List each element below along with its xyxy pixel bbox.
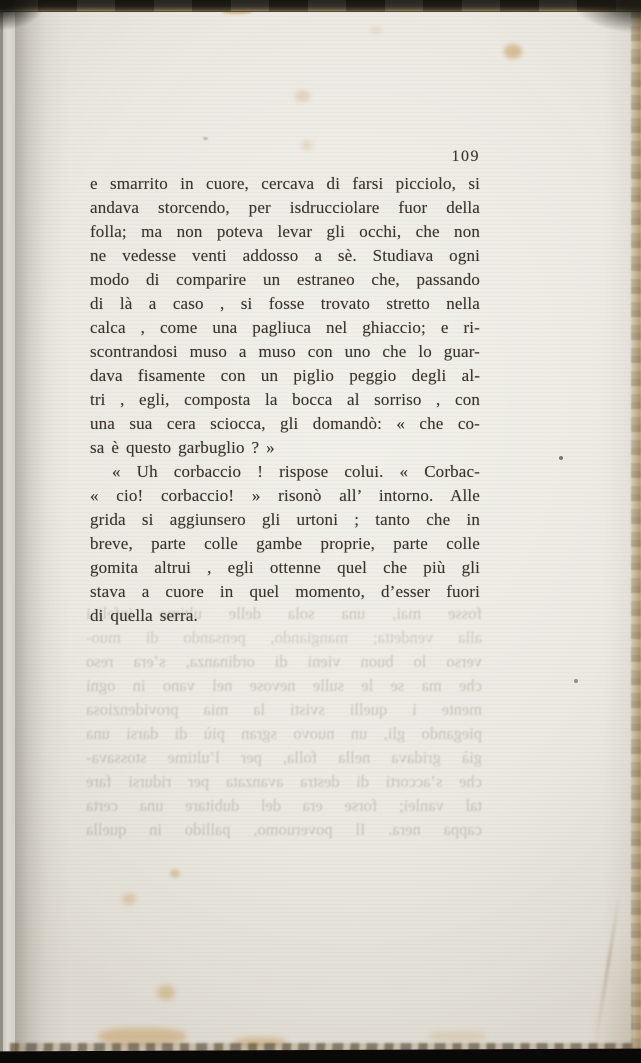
bleedthrough-line: piegando gli, un nuovo sgran più di dars…: [86, 722, 482, 746]
bleedthrough-line: mente i quelli svisti la mia providenzio…: [86, 698, 482, 722]
text-line: gomita altrui , egli ottenne quel che pi…: [90, 556, 480, 580]
foxing-spot: [295, 90, 310, 102]
deckle-right-edge: [631, 11, 641, 1050]
scan-bottom-edge: [0, 1049, 641, 1063]
foxing-spot: [170, 869, 180, 878]
foxing-spot: [157, 985, 175, 1000]
bleedthrough-line: alla vendetta; mangiando, pensando di mu…: [86, 626, 482, 650]
text-line: e smarrito in cuore, cercava di farsi pi…: [90, 172, 480, 196]
ink-speck: [559, 456, 563, 460]
text-line: folla; ma non poteva levar gli occhi, ch…: [90, 220, 480, 244]
foxing-stain: [428, 1031, 486, 1042]
bleedthrough-line: che ma se le sulle nevose nel vano in og…: [86, 674, 482, 698]
foxing-spot: [301, 140, 313, 150]
scan-left-edge: [0, 0, 3, 1063]
text-line: modo di comparire un estraneo che, passa…: [90, 268, 480, 292]
text-line: « cio! corbaccio! » risonò all’ intorno.…: [90, 484, 480, 508]
corner-shading: [587, 929, 633, 1049]
text-line: andava storcendo, per isdrucciolare fuor…: [90, 196, 480, 220]
text-line: di là a caso , si fosse trovato stretto …: [90, 292, 480, 316]
text-line: sa è questo garbuglio ? »: [90, 436, 480, 460]
text-line: scontrandosi muso a muso con uno che lo …: [90, 340, 480, 364]
book-page-scan: fosse mai, una sola delle ultime infelic…: [0, 0, 641, 1063]
bleedthrough-line: già gridava nella folla, per l’ultime st…: [86, 746, 482, 770]
page-number: 109: [90, 148, 480, 166]
book-cover-top-edge: [0, 0, 641, 12]
foxing-spot: [504, 44, 522, 59]
gutter-shadow: [15, 10, 47, 1051]
text-line: stava a cuore in quel momento, d’esser f…: [90, 580, 480, 604]
text-line: « Uh corbaccio ! rispose colui. « Corbac…: [90, 460, 480, 484]
text-line: grida si aggiunsero gli urtoni ; tanto c…: [90, 508, 480, 532]
text-line: di quella serra.: [90, 604, 480, 628]
bleedthrough-line: cappa nera. Il poveruomo, pallido in que…: [86, 818, 482, 842]
text-line: ne vedesse venti addosso a sè. Studiava …: [90, 244, 480, 268]
adjacent-page-edge: [2, 10, 15, 1051]
body-text: e smarrito in cuore, cercava di farsi pi…: [90, 172, 480, 628]
foxing-spot: [122, 893, 136, 905]
foxing-spot: [370, 26, 382, 34]
text-line: breve, parte colle gambe proprie, parte …: [90, 532, 480, 556]
top-right-corner-shadow: [571, 0, 641, 34]
bleedthrough-line: verso lo buon vieni di ordinanza, s’era …: [86, 650, 482, 674]
ink-speck: [574, 679, 578, 683]
bleedthrough-line: che s’accorti di destra avanzata per rid…: [86, 770, 482, 794]
text-line: tri , egli, composta la bocca al sorriso…: [90, 388, 480, 412]
top-left-corner-shadow: [0, 0, 46, 30]
bleedthrough-line: tal vanlei; forse era del dubitare una c…: [86, 794, 482, 818]
bleedthrough-text: fosse mai, una sola delle ultime infelic…: [86, 602, 482, 842]
text-line: una sua cera sciocca, gli domandò: « che…: [90, 412, 480, 436]
text-line: calca , come una pagliuca nel ghiaccio; …: [90, 316, 480, 340]
ink-speck: [203, 137, 208, 140]
text-line: dava fisamente con un piglio peggio degl…: [90, 364, 480, 388]
